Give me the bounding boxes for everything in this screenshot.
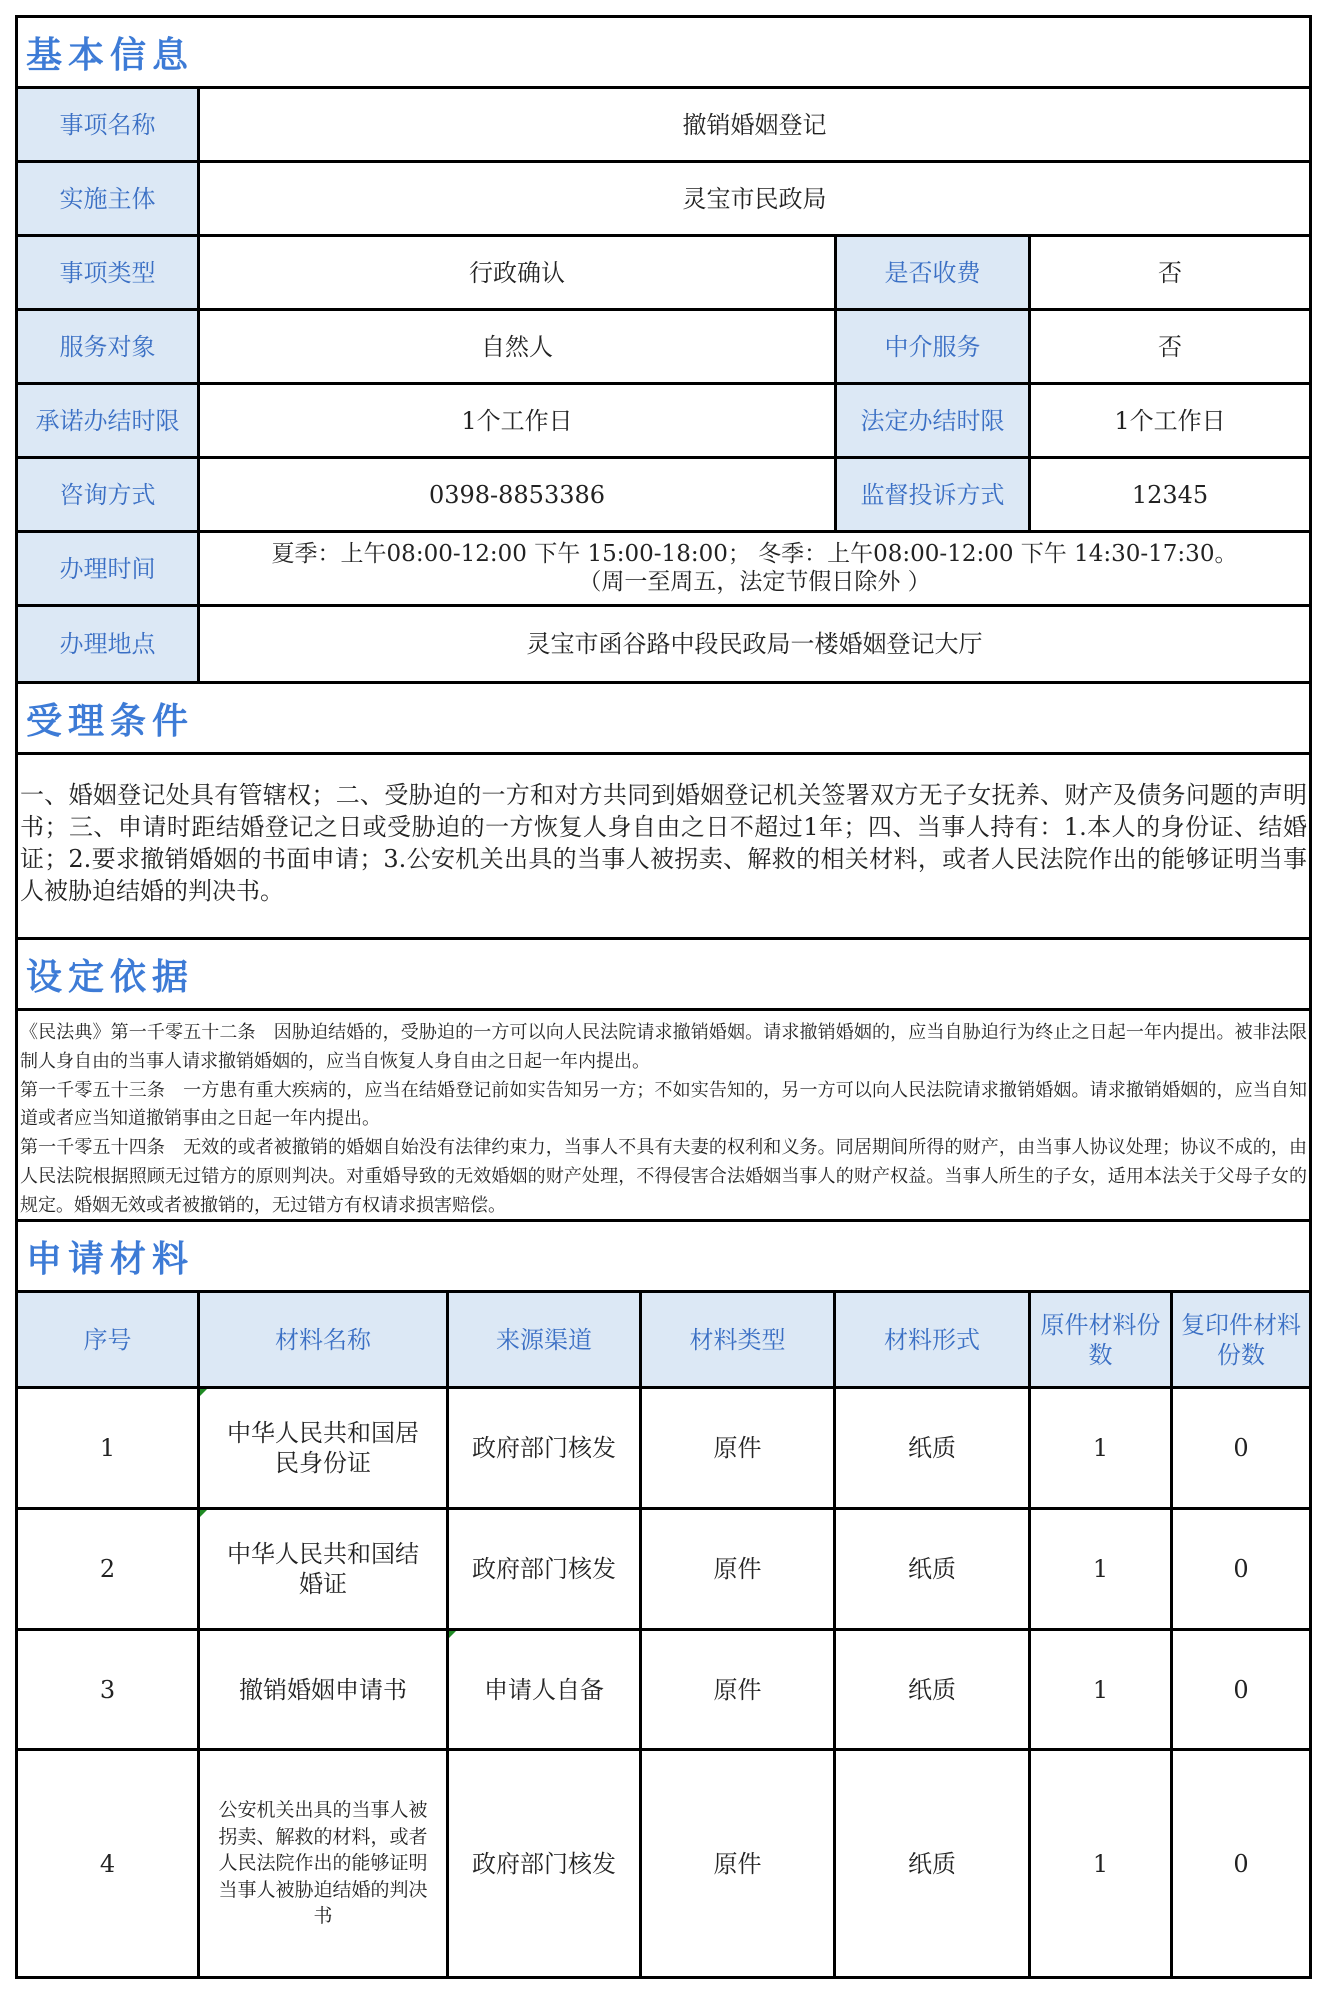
fee-value: 否 bbox=[1031, 237, 1309, 308]
original-count: 1 bbox=[1031, 1751, 1173, 1976]
row-no: 2 bbox=[18, 1510, 200, 1628]
materials-table: 序号 材料名称 来源渠道 材料类型 材料形式 原件材料份数 复印件材料份数 1 … bbox=[18, 1293, 1309, 1976]
col-header-form: 材料形式 bbox=[836, 1293, 1031, 1386]
col-header-original-count: 原件材料份数 bbox=[1031, 1293, 1173, 1386]
col-header-name: 材料名称 bbox=[200, 1293, 449, 1386]
material-name: 中华人民共和国结婚证 bbox=[200, 1510, 449, 1628]
service-guide-sheet: 基本信息 事项名称 撤销婚姻登记 实施主体 灵宝市民政局 事项类型 行政确认 是… bbox=[15, 15, 1312, 1979]
basic-info-table: 事项名称 撤销婚姻登记 实施主体 灵宝市民政局 事项类型 行政确认 是否收费 否… bbox=[18, 89, 1309, 681]
promise-label: 承诺办结时限 bbox=[18, 385, 200, 456]
table-row: 4 公安机关出具的当事人被拐卖、解救的材料，或者人民法院作出的能够证明当事人被胁… bbox=[18, 1751, 1309, 1976]
consult-label: 咨询方式 bbox=[18, 459, 200, 530]
material-name: 撤销婚姻申请书 bbox=[200, 1631, 449, 1748]
material-form: 纸质 bbox=[836, 1631, 1031, 1748]
target-value: 自然人 bbox=[200, 311, 837, 382]
agency-value: 否 bbox=[1031, 311, 1309, 382]
complaint-label: 监督投诉方式 bbox=[837, 459, 1031, 530]
col-header-source: 来源渠道 bbox=[449, 1293, 642, 1386]
section-title-materials: 申请材料 bbox=[18, 1222, 1309, 1293]
row-place: 办理地点 灵宝市函谷路中段民政局一楼婚姻登记大厅 bbox=[18, 607, 1309, 681]
org-value: 灵宝市民政局 bbox=[200, 163, 1309, 234]
row-hours: 办理时间 夏季：上午08:00-12:00 下午 15:00-18:00； 冬季… bbox=[18, 533, 1309, 607]
type-value: 行政确认 bbox=[200, 237, 837, 308]
col-header-type: 材料类型 bbox=[642, 1293, 836, 1386]
place-label: 办理地点 bbox=[18, 607, 200, 681]
original-count: 1 bbox=[1031, 1510, 1173, 1628]
row-org: 实施主体 灵宝市民政局 bbox=[18, 163, 1309, 237]
material-form: 纸质 bbox=[836, 1389, 1031, 1507]
original-count: 1 bbox=[1031, 1389, 1173, 1507]
basis-paragraph-2: 第一千零五十三条 一方患有重大疾病的，应当在结婚登记前如实告知另一方；不如实告知… bbox=[20, 1077, 1307, 1135]
target-label: 服务对象 bbox=[18, 311, 200, 382]
section-title-conditions: 受理条件 bbox=[18, 684, 1309, 755]
fee-label: 是否收费 bbox=[837, 237, 1031, 308]
row-no: 3 bbox=[18, 1631, 200, 1748]
copy-count: 0 bbox=[1173, 1631, 1309, 1748]
material-source: 政府部门核发 bbox=[449, 1751, 642, 1976]
hours-value: 夏季：上午08:00-12:00 下午 15:00-18:00； 冬季：上午08… bbox=[200, 533, 1309, 604]
copy-count: 0 bbox=[1173, 1389, 1309, 1507]
col-header-copy-count: 复印件材料份数 bbox=[1173, 1293, 1309, 1386]
copy-count: 0 bbox=[1173, 1510, 1309, 1628]
row-target: 服务对象 自然人 中介服务 否 bbox=[18, 311, 1309, 385]
type-label: 事项类型 bbox=[18, 237, 200, 308]
hours-line-2: （周一至周五，法定节假日除外 ） bbox=[578, 569, 930, 597]
legal-limit-value: 1个工作日 bbox=[1031, 385, 1309, 456]
section-title-basic: 基本信息 bbox=[18, 18, 1309, 89]
place-value: 灵宝市函谷路中段民政局一楼婚姻登记大厅 bbox=[200, 607, 1309, 681]
basis-paragraph-1: 《民法典》第一千零五十二条 因胁迫结婚的，受胁迫的一方可以向人民法院请求撤销婚姻… bbox=[20, 1019, 1307, 1077]
row-no: 4 bbox=[18, 1751, 200, 1976]
material-type: 原件 bbox=[642, 1389, 836, 1507]
complaint-value: 12345 bbox=[1031, 459, 1309, 530]
row-type: 事项类型 行政确认 是否收费 否 bbox=[18, 237, 1309, 311]
item-name-value: 撤销婚姻登记 bbox=[200, 89, 1309, 160]
promise-value: 1个工作日 bbox=[200, 385, 837, 456]
material-form: 纸质 bbox=[836, 1751, 1031, 1976]
legal-basis-text: 《民法典》第一千零五十二条 因胁迫结婚的，受胁迫的一方可以向人民法院请求撤销婚姻… bbox=[18, 1011, 1309, 1222]
table-row: 2 中华人民共和国结婚证 政府部门核发 原件 纸质 1 0 bbox=[18, 1510, 1309, 1631]
agency-label: 中介服务 bbox=[837, 311, 1031, 382]
col-header-no: 序号 bbox=[18, 1293, 200, 1386]
original-count: 1 bbox=[1031, 1631, 1173, 1748]
hours-line-1: 夏季：上午08:00-12:00 下午 15:00-18:00； 冬季：上午08… bbox=[272, 541, 1238, 569]
material-source: 政府部门核发 bbox=[449, 1510, 642, 1628]
materials-header-row: 序号 材料名称 来源渠道 材料类型 材料形式 原件材料份数 复印件材料份数 bbox=[18, 1293, 1309, 1389]
org-label: 实施主体 bbox=[18, 163, 200, 234]
copy-count: 0 bbox=[1173, 1751, 1309, 1976]
table-row: 1 中华人民共和国居民身份证 政府部门核发 原件 纸质 1 0 bbox=[18, 1389, 1309, 1510]
material-source: 政府部门核发 bbox=[449, 1389, 642, 1507]
material-type: 原件 bbox=[642, 1631, 836, 1748]
row-contact: 咨询方式 0398-8853386 监督投诉方式 12345 bbox=[18, 459, 1309, 533]
basis-paragraph-3: 第一千零五十四条 无效的或者被撤销的婚姻自始没有法律约束力，当事人不具有夫妻的权… bbox=[20, 1134, 1307, 1220]
hours-label: 办理时间 bbox=[18, 533, 200, 604]
row-time-limit: 承诺办结时限 1个工作日 法定办结时限 1个工作日 bbox=[18, 385, 1309, 459]
section-title-basis: 设定依据 bbox=[18, 940, 1309, 1011]
material-type: 原件 bbox=[642, 1751, 836, 1976]
legal-limit-label: 法定办结时限 bbox=[837, 385, 1031, 456]
consult-value: 0398-8853386 bbox=[200, 459, 837, 530]
material-name: 公安机关出具的当事人被拐卖、解救的材料，或者人民法院作出的能够证明当事人被胁迫结… bbox=[200, 1751, 449, 1976]
material-form: 纸质 bbox=[836, 1510, 1031, 1628]
material-name: 中华人民共和国居民身份证 bbox=[200, 1389, 449, 1507]
item-name-label: 事项名称 bbox=[18, 89, 200, 160]
table-row: 3 撤销婚姻申请书 申请人自备 原件 纸质 1 0 bbox=[18, 1631, 1309, 1751]
material-source: 申请人自备 bbox=[449, 1631, 642, 1748]
material-type: 原件 bbox=[642, 1510, 836, 1628]
row-no: 1 bbox=[18, 1389, 200, 1507]
conditions-text: 一、婚姻登记处具有管辖权；二、受胁迫的一方和对方共同到婚姻登记机关签署双方无子女… bbox=[18, 755, 1309, 940]
row-item-name: 事项名称 撤销婚姻登记 bbox=[18, 89, 1309, 163]
